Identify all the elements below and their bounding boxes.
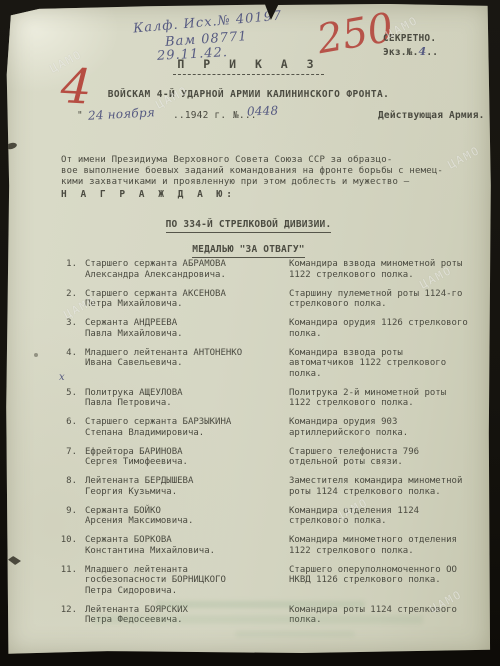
ink-check-mark: х bbox=[59, 372, 65, 383]
entry-recipient: Лейтенанта БЕРДЫШЕВА Георгия Кузьмича. bbox=[85, 476, 283, 497]
entry-number: 1. bbox=[55, 259, 79, 280]
entry-number: 8. bbox=[55, 476, 79, 497]
award-entries-list: 1.Старшего сержанта АБРАМОВА Александра … bbox=[55, 259, 471, 634]
entry-position: Заместителя командира минометной роты 11… bbox=[289, 476, 471, 497]
award-entry: 5.Политрука АЩЕУЛОВА Павла Петровича.Пол… bbox=[55, 388, 471, 409]
secrecy-stamp: СЕКРЕТНО. bbox=[383, 33, 436, 44]
entry-recipient: Политрука АЩЕУЛОВА Павла Петровича. bbox=[85, 388, 283, 409]
location-line: Действующая Армия. bbox=[378, 110, 485, 121]
entry-number: 9. bbox=[55, 506, 79, 527]
entry-number: 12. bbox=[55, 605, 79, 626]
entry-position: Командира взвода минометной роты 1122 ст… bbox=[289, 259, 471, 280]
award-entry: 2.Старшего сержанта АКСЕНОВА Петра Михай… bbox=[55, 289, 471, 310]
order-number-ink: 0448 bbox=[247, 103, 279, 118]
entry-recipient: Старшего сержанта АКСЕНОВА Петра Михайло… bbox=[85, 289, 283, 310]
entry-position: Командира взвода роты автоматчиков 1122 … bbox=[289, 348, 471, 380]
bleed-through bbox=[155, 601, 365, 608]
entry-recipient: Старшего сержанта БАРЗЫКИНА Степана Влад… bbox=[85, 417, 283, 438]
entry-recipient: Сержанта БОЙКО Арсения Максимовича. bbox=[85, 506, 283, 527]
bleed-through bbox=[235, 631, 355, 637]
entry-position: Старшего оперуполномоченного ОО НКВД 112… bbox=[289, 565, 471, 597]
entry-number: 2. bbox=[55, 289, 79, 310]
award-word: Н А Г Р А Ж Д А Ю: bbox=[61, 189, 236, 200]
red-pencil-margin-number: 4 bbox=[60, 62, 93, 112]
addressee-line: ВОЙСКАМ 4-Й УДАРНОЙ АРМИИ КАЛИНИНСКОГО Ф… bbox=[5, 89, 492, 100]
entry-number: 3. bbox=[55, 318, 79, 339]
award-entry: 10.Сержанта БОРКОВА Константина Михайлов… bbox=[55, 535, 471, 556]
medal-section-header: МЕДАЛЬЮ "ЗА ОТВАГУ" bbox=[5, 244, 492, 255]
date-number-line: " 24 ноября ..1942 г. №..0448. Действующ… bbox=[5, 110, 492, 124]
edge-smudge bbox=[8, 556, 21, 565]
award-entry: 6.Старшего сержанта БАРЗЫКИНА Степана Вл… bbox=[55, 417, 471, 438]
entry-number: 7. bbox=[55, 447, 79, 468]
entry-number: 11. bbox=[55, 565, 79, 597]
award-entry: 1.Старшего сержанта АБРАМОВА Александра … bbox=[55, 259, 471, 280]
entry-position: Командира минометного отделения 1122 стр… bbox=[289, 535, 471, 556]
entry-position: Командира отделения 1124 стрелкового пол… bbox=[289, 506, 471, 527]
award-entry: 3.Сержанта АНДРЕЕВА Павла Михайловича.Ко… bbox=[55, 318, 471, 339]
entry-recipient: Старшего сержанта АБРАМОВА Александра Ал… bbox=[85, 259, 283, 280]
entry-recipient: Сержанта БОРКОВА Константина Михайловича… bbox=[85, 535, 283, 556]
year-typed: ..1942 г. bbox=[173, 110, 226, 121]
entry-position: Старшего телефониста 796 отдельной роты … bbox=[289, 447, 471, 468]
award-entry: 11.Младшего лейтенанта госбезопасности Б… bbox=[55, 565, 471, 597]
award-entry: 7.Ефрейтора БАРИНОВА Сергея Тимофеевича.… bbox=[55, 447, 471, 468]
entry-recipient: Сержанта АНДРЕЕВА Павла Михайловича. bbox=[85, 318, 283, 339]
entry-position: Командира орудия 903 артиллерийского пол… bbox=[289, 417, 471, 438]
entry-position: Политрука 2-й минометной роты 1122 стрел… bbox=[289, 388, 471, 409]
preamble-text: От имени Президиума Верховного Совета Со… bbox=[61, 155, 467, 188]
document-page: Калф. Исх.№ 40197 Вам 08771 29.11.42. 25… bbox=[5, 3, 492, 655]
entry-recipient: Младшего лейтенанта госбезопасности БОРН… bbox=[85, 565, 283, 597]
edge-smudge bbox=[34, 353, 38, 357]
entry-recipient: Младшего лейтенанта АНТОНЕНКО Ивана Саве… bbox=[85, 348, 283, 380]
edge-smudge bbox=[5, 142, 17, 151]
entry-position: Командира орудия 1126 стрелкового полка. bbox=[289, 318, 471, 339]
award-entry: 8.Лейтенанта БЕРДЫШЕВА Георгия Кузьмича.… bbox=[55, 476, 471, 497]
entry-number: 6. bbox=[55, 417, 79, 438]
bleed-through bbox=[93, 615, 423, 624]
entry-number: 10. bbox=[55, 535, 79, 556]
order-number-group: №..0448. bbox=[233, 110, 257, 121]
award-entry: 4.Младшего лейтенанта АНТОНЕНКО Ивана Са… bbox=[55, 348, 471, 380]
date-ink: 24 ноября bbox=[88, 105, 156, 122]
entry-recipient: Ефрейтора БАРИНОВА Сергея Тимофеевича. bbox=[85, 447, 283, 468]
open-quote: " bbox=[77, 110, 83, 121]
entry-position: Старшину пулеметной роты 1124-го стрелко… bbox=[289, 289, 471, 310]
entry-number: 5. bbox=[55, 388, 79, 409]
division-section-header: ПО 334-Й СТРЕЛКОВОЙ ДИВИЗИИ. bbox=[5, 219, 492, 230]
award-entry: 9.Сержанта БОЙКО Арсения Максимовича.Ком… bbox=[55, 506, 471, 527]
